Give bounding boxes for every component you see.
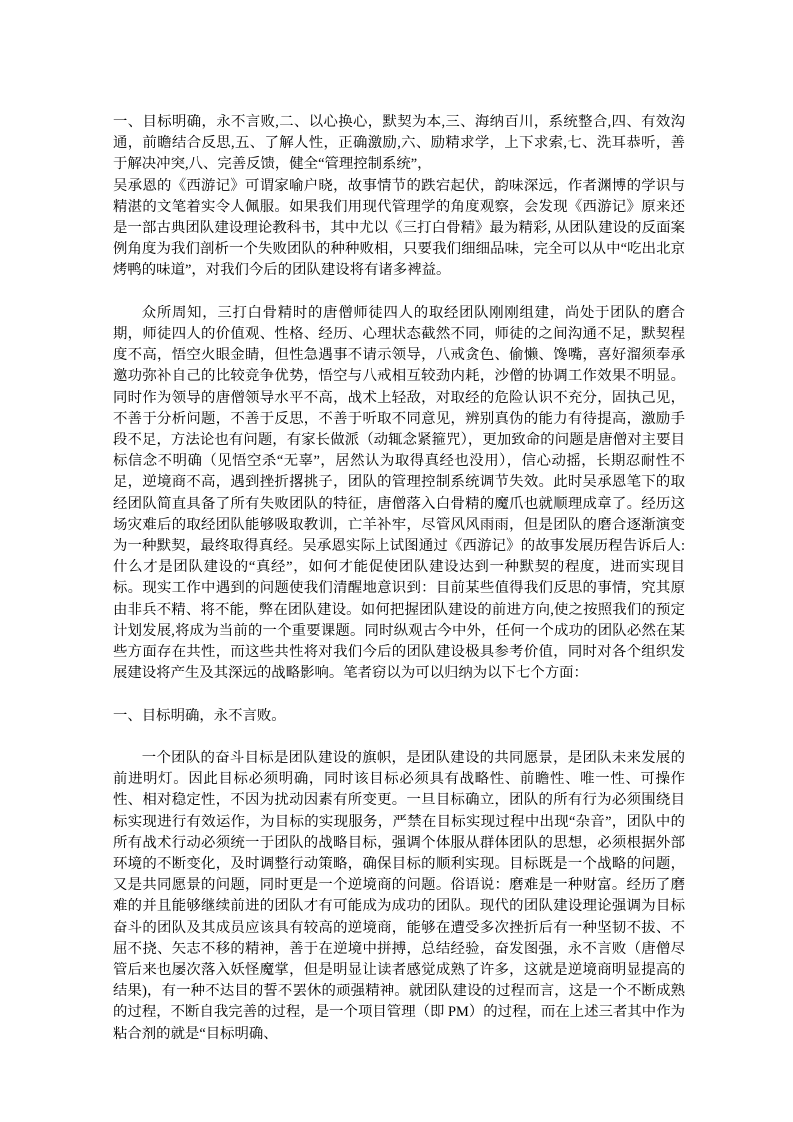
paragraph-team-failure-analysis: 众所周知，三打白骨精时的唐僧师徒四人的取经团队刚刚组建，尚处于团队的磨合期，师徒… xyxy=(113,303,685,685)
paragraph-key-points-list: 一、目标明确，永不言败,二、以心换心，默契为本,三、海纳百川，系统整合,四、有效… xyxy=(113,112,685,176)
section-one-heading: 一、目标明确，永不言败。 xyxy=(113,706,685,727)
paragraph-intro-xiyouji: 吴承恩的《西游记》可谓家喻户晓，故事情节的跌宕起伏，韵味深远，作者渊博的学识与精… xyxy=(113,176,685,282)
document-page: 一、目标明确，永不言败,二、以心换心，默契为本,三、海纳百川，系统整合,四、有效… xyxy=(0,0,793,1122)
paragraph-goal-clarity-body: 一个团队的奋斗目标是团队建设的旗帜，是团队建设的共同愿景，是团队未来发展的前进明… xyxy=(113,748,685,1045)
document-text-block: 一、目标明确，永不言败,二、以心换心，默契为本,三、海纳百川，系统整合,四、有效… xyxy=(113,112,685,1045)
